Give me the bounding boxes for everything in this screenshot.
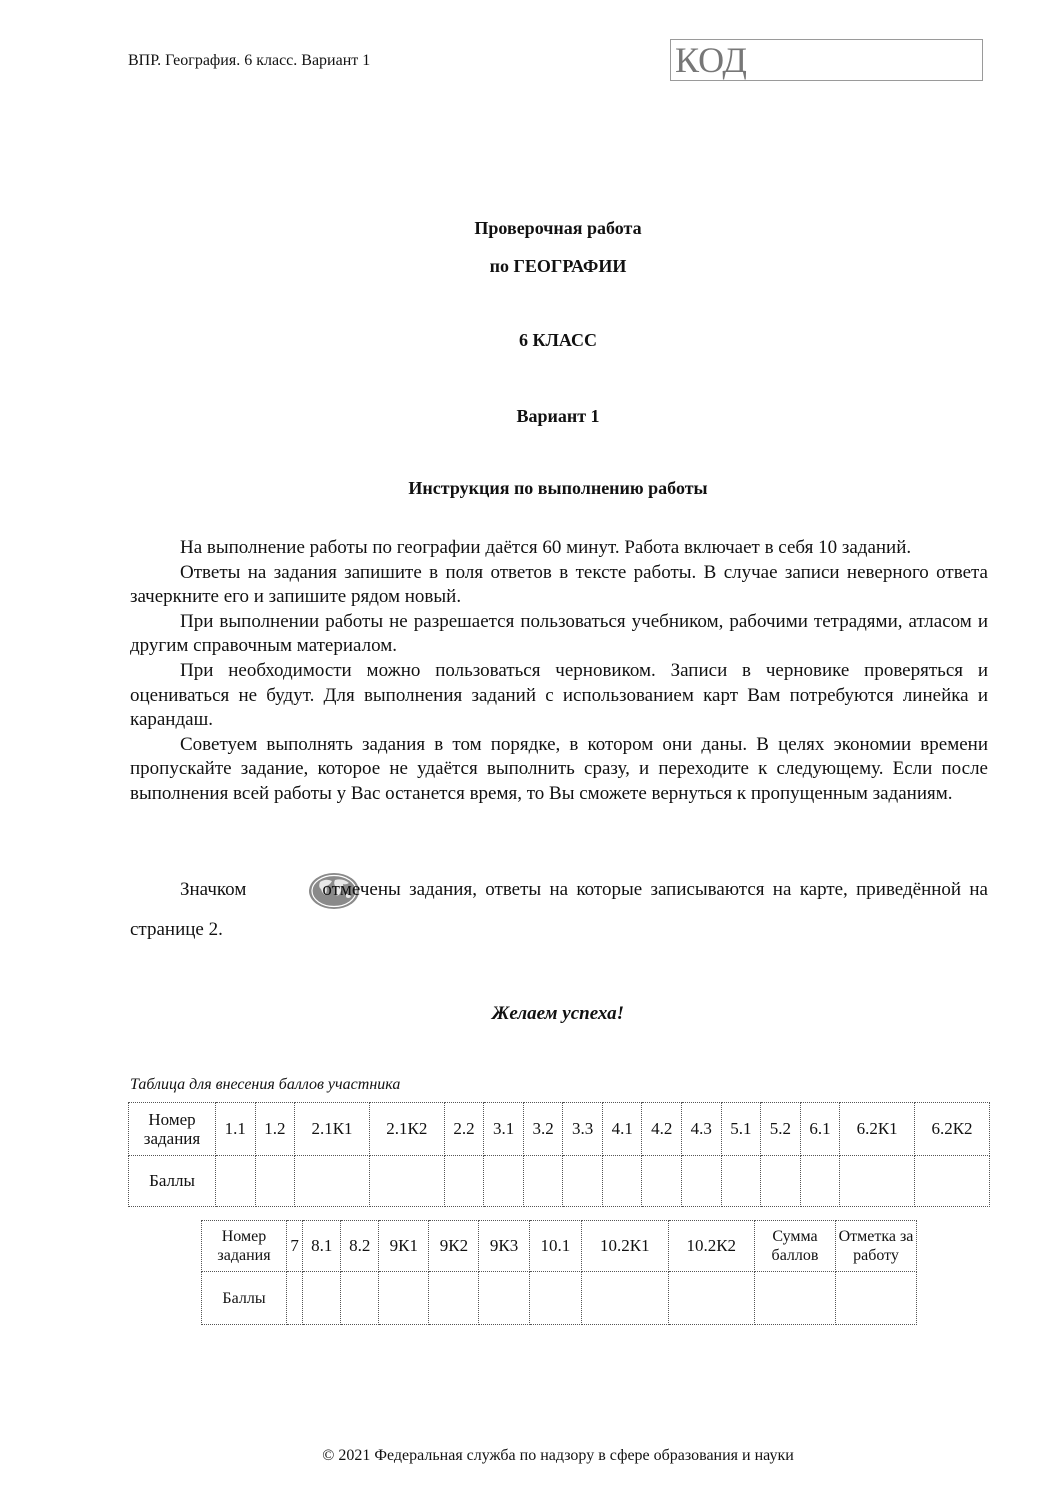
task-number-cell: 9К3	[479, 1221, 529, 1272]
task-number-cell: 10.1	[529, 1221, 582, 1272]
task-number-cell: 8.1	[303, 1221, 341, 1272]
points-cell[interactable]	[379, 1272, 429, 1325]
points-cell[interactable]	[668, 1272, 754, 1325]
points-cell[interactable]	[369, 1156, 444, 1207]
task-number-cell: 6.2К2	[915, 1103, 990, 1156]
task-number-cell: 4.2	[642, 1103, 682, 1156]
task-number-cell: 4.3	[682, 1103, 722, 1156]
points-cell[interactable]	[287, 1272, 303, 1325]
running-title: ВПР. География. 6 класс. Вариант 1	[128, 52, 370, 70]
points-cell[interactable]	[341, 1272, 379, 1325]
task-number-cell: 7	[287, 1221, 303, 1272]
points-cell[interactable]	[761, 1156, 801, 1207]
points-cell[interactable]	[295, 1156, 370, 1207]
points-label: Баллы	[129, 1156, 216, 1207]
task-number-cell: Отметка за работу	[836, 1221, 917, 1272]
points-cell[interactable]	[484, 1156, 524, 1207]
task-number-cell: 6.2К1	[840, 1103, 915, 1156]
code-field[interactable]: КОД	[670, 39, 983, 81]
points-cell[interactable]	[444, 1156, 484, 1207]
points-cell[interactable]	[563, 1156, 603, 1207]
task-number-label: Номер задания	[129, 1103, 216, 1156]
instruction-paragraph: При необходимости можно пользоваться чер…	[130, 659, 988, 733]
doc-title-line1: Проверочная работа	[0, 218, 1061, 239]
points-cell[interactable]	[915, 1156, 990, 1207]
task-number-cell: 5.2	[761, 1103, 801, 1156]
globe-note-before: Значком	[180, 879, 246, 900]
points-label: Баллы	[202, 1272, 287, 1325]
points-cell[interactable]	[529, 1272, 582, 1325]
score-table-2: Номер задания 78.18.29К19К29К310.110.2К1…	[201, 1220, 917, 1325]
task-number-cell: 10.2К1	[582, 1221, 668, 1272]
task-number-cell: 9К2	[429, 1221, 479, 1272]
doc-title-line2: по ГЕОГРАФИИ	[0, 256, 1061, 277]
points-cell[interactable]	[523, 1156, 563, 1207]
points-cell[interactable]	[602, 1156, 642, 1207]
score-table-caption: Таблица для внесения баллов участника	[130, 1076, 400, 1094]
points-cell[interactable]	[429, 1272, 479, 1325]
task-number-cell: 1.1	[216, 1103, 256, 1156]
grade-heading: 6 КЛАСС	[0, 330, 1061, 351]
copyright-footer: © 2021 Федеральная служба по надзору в с…	[0, 1447, 1061, 1465]
instruction-paragraph: На выполнение работы по географии даётся…	[130, 536, 988, 561]
task-number-cell: 2.2	[444, 1103, 484, 1156]
points-cell[interactable]	[642, 1156, 682, 1207]
task-number-cell: 3.2	[523, 1103, 563, 1156]
task-number-cell: 2.1К1	[295, 1103, 370, 1156]
points-cell[interactable]	[303, 1272, 341, 1325]
points-cell[interactable]	[836, 1272, 917, 1325]
task-number-cell: 10.2К2	[668, 1221, 754, 1272]
wish-text: Желаем успеха!	[0, 1003, 1061, 1025]
points-cell[interactable]	[755, 1272, 836, 1325]
points-cell[interactable]	[682, 1156, 722, 1207]
points-cell[interactable]	[582, 1272, 668, 1325]
task-number-cell: 3.3	[563, 1103, 603, 1156]
globe-note: Значкомотмечены задания, ответы на котор…	[130, 870, 988, 950]
variant-heading: Вариант 1	[0, 406, 1061, 427]
task-number-cell: 6.1	[800, 1103, 840, 1156]
task-number-label: Номер задания	[202, 1221, 287, 1272]
points-cell[interactable]	[255, 1156, 295, 1207]
instruction-paragraph: При выполнении работы не разрешается пол…	[130, 610, 988, 659]
task-number-cell: 8.2	[341, 1221, 379, 1272]
instruction-paragraph: Ответы на задания запишите в поля ответо…	[130, 561, 988, 610]
points-cell[interactable]	[721, 1156, 761, 1207]
points-cell[interactable]	[216, 1156, 256, 1207]
task-number-cell: 3.1	[484, 1103, 524, 1156]
instruction-paragraph: Советуем выполнять задания в том порядке…	[130, 733, 988, 807]
task-number-cell: 4.1	[602, 1103, 642, 1156]
task-number-cell: 2.1К2	[369, 1103, 444, 1156]
points-cell[interactable]	[800, 1156, 840, 1207]
globe-icon	[258, 872, 310, 910]
points-cell[interactable]	[840, 1156, 915, 1207]
points-cell[interactable]	[479, 1272, 529, 1325]
instructions-body: На выполнение работы по географии даётся…	[130, 536, 988, 807]
task-number-cell: 1.2	[255, 1103, 295, 1156]
task-number-cell: 9К1	[379, 1221, 429, 1272]
task-number-cell: 5.1	[721, 1103, 761, 1156]
instructions-heading: Инструкция по выполнению работы	[0, 478, 1061, 499]
score-table-1: Номер задания 1.11.22.1К12.1К22.23.13.23…	[128, 1102, 990, 1207]
task-number-cell: Сумма баллов	[755, 1221, 836, 1272]
